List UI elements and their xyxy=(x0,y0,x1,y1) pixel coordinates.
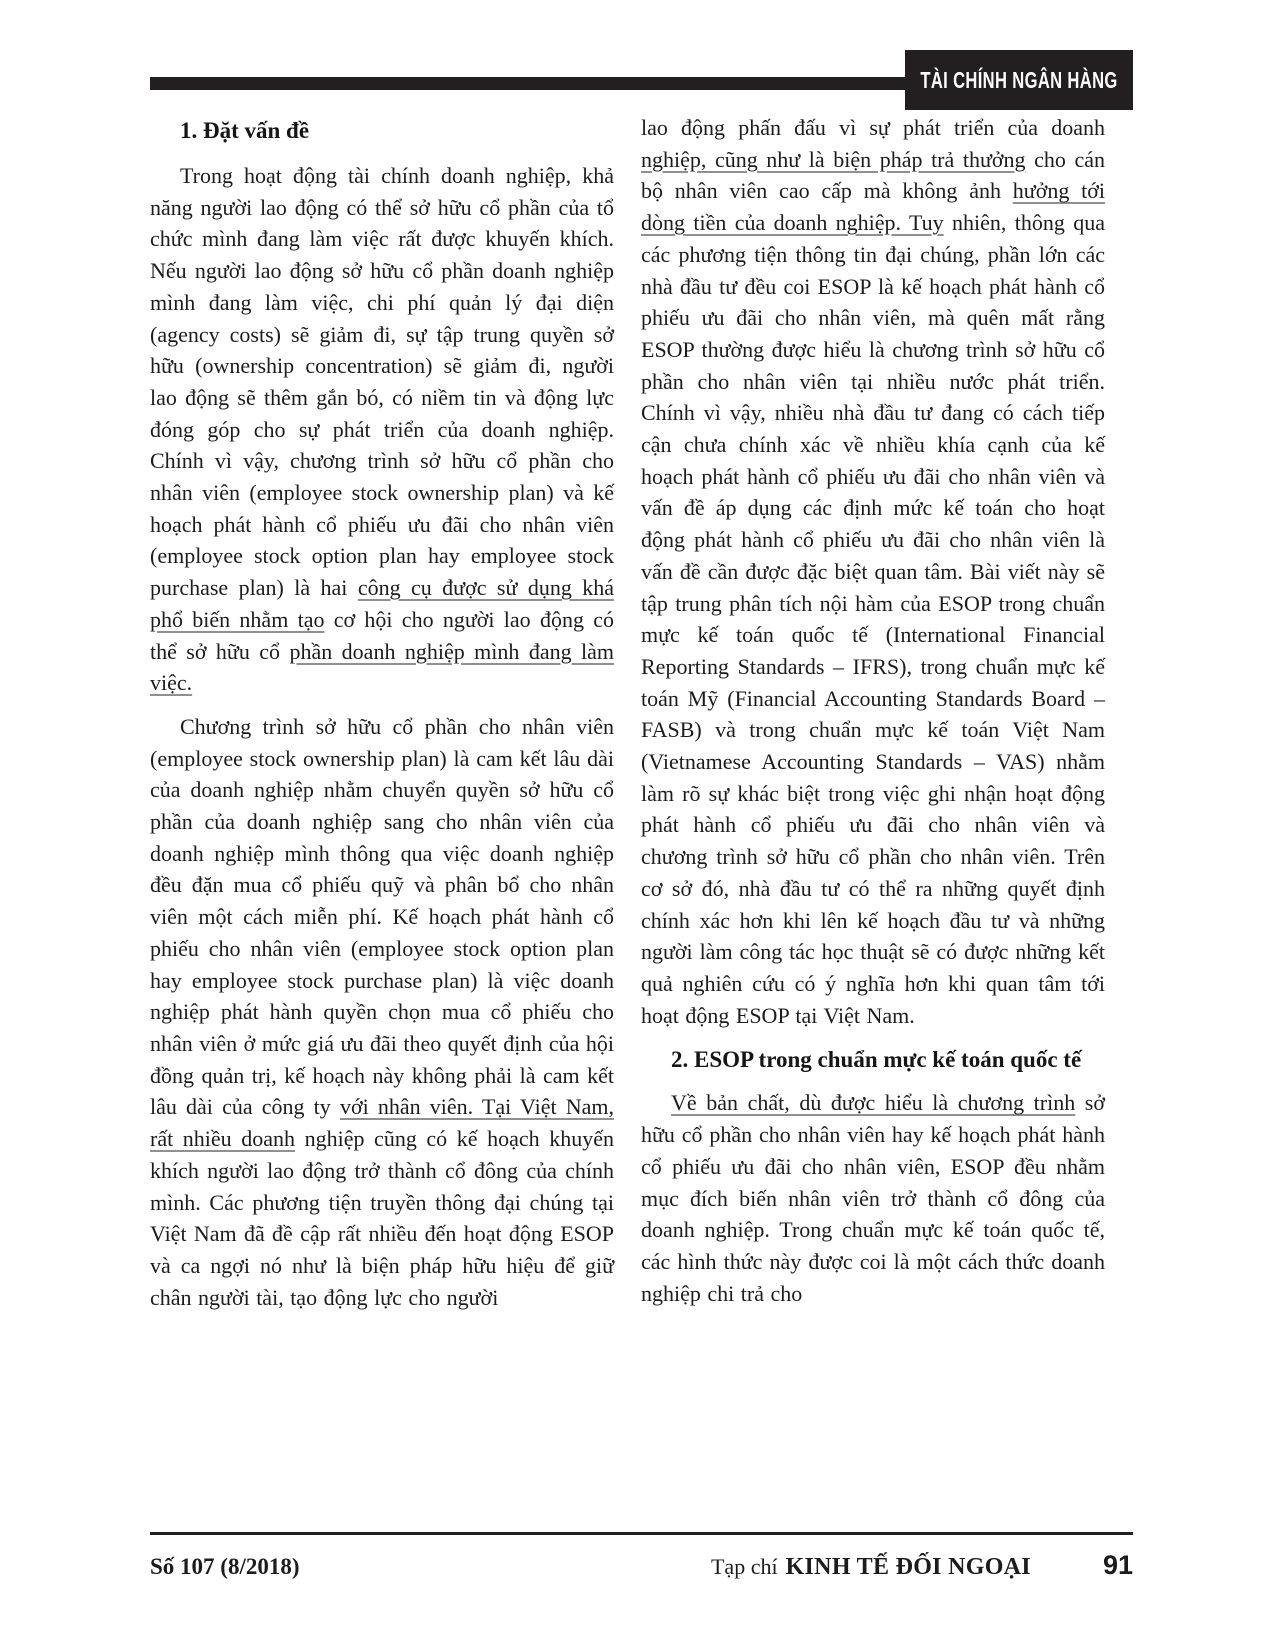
text-run: nhiên, thông qua các phương tiện thông t… xyxy=(641,210,1105,1028)
section-heading: 2. ESOP trong chuẩn mực kế toán quốc tế xyxy=(671,1047,1105,1073)
text-run: nghiệp cũng có kế hoạch khuyến khích ngư… xyxy=(150,1126,614,1310)
category-tag-box: TÀI CHÍNH NGÂN HÀNG xyxy=(905,50,1133,110)
page-footer: Số 107 (8/2018) Tạp chí KINH TẾ ĐỐI NGOẠ… xyxy=(150,1550,1133,1581)
text-run: Trong hoạt động tài chính doanh nghiệp, … xyxy=(150,163,614,600)
category-tag-label: TÀI CHÍNH NGÂN HÀNG xyxy=(920,67,1117,94)
paragraph: lao động phấn đấu vì sự phát triển của d… xyxy=(641,112,1105,1031)
left-column: 1. Đặt vấn đềTrong hoạt động tài chính d… xyxy=(150,112,614,1325)
right-column: lao động phấn đấu vì sự phát triển của d… xyxy=(641,112,1105,1325)
text-run: sở hữu cổ phần cho nhân viên hay kế hoạc… xyxy=(641,1090,1105,1305)
text-run: Chương trình sở hữu cổ phần cho nhân viê… xyxy=(150,714,614,1119)
paragraph: Trong hoạt động tài chính doanh nghiệp, … xyxy=(150,160,614,699)
text-run: Về bản chất, dù được hiểu là chương trìn… xyxy=(671,1090,1075,1115)
text-run: nghiệp, cũng như là biện pháp trả thưởng xyxy=(641,147,1026,172)
text-run: lao động phấn đấu vì sự phát triển của d… xyxy=(641,115,1105,140)
footer-rule xyxy=(150,1532,1133,1535)
page-number: 91 xyxy=(1103,1550,1133,1581)
journal-title: Tạp chí KINH TẾ ĐỐI NGOẠI 91 xyxy=(711,1550,1133,1581)
journal-page: TÀI CHÍNH NGÂN HÀNG 1. Đặt vấn đềTrong h… xyxy=(0,0,1274,1649)
issue-label: Số 107 (8/2018) xyxy=(150,1554,300,1580)
paragraph: Chương trình sở hữu cổ phần cho nhân viê… xyxy=(150,711,614,1313)
journal-title-prefix: Tạp chí xyxy=(711,1554,778,1580)
header-rule xyxy=(150,77,912,90)
section-heading: 1. Đặt vấn đề xyxy=(180,118,614,144)
journal-title-name: KINH TẾ ĐỐI NGOẠI xyxy=(786,1554,1031,1581)
article-body: 1. Đặt vấn đềTrong hoạt động tài chính d… xyxy=(150,112,1105,1325)
paragraph: Về bản chất, dù được hiểu là chương trìn… xyxy=(641,1087,1105,1309)
